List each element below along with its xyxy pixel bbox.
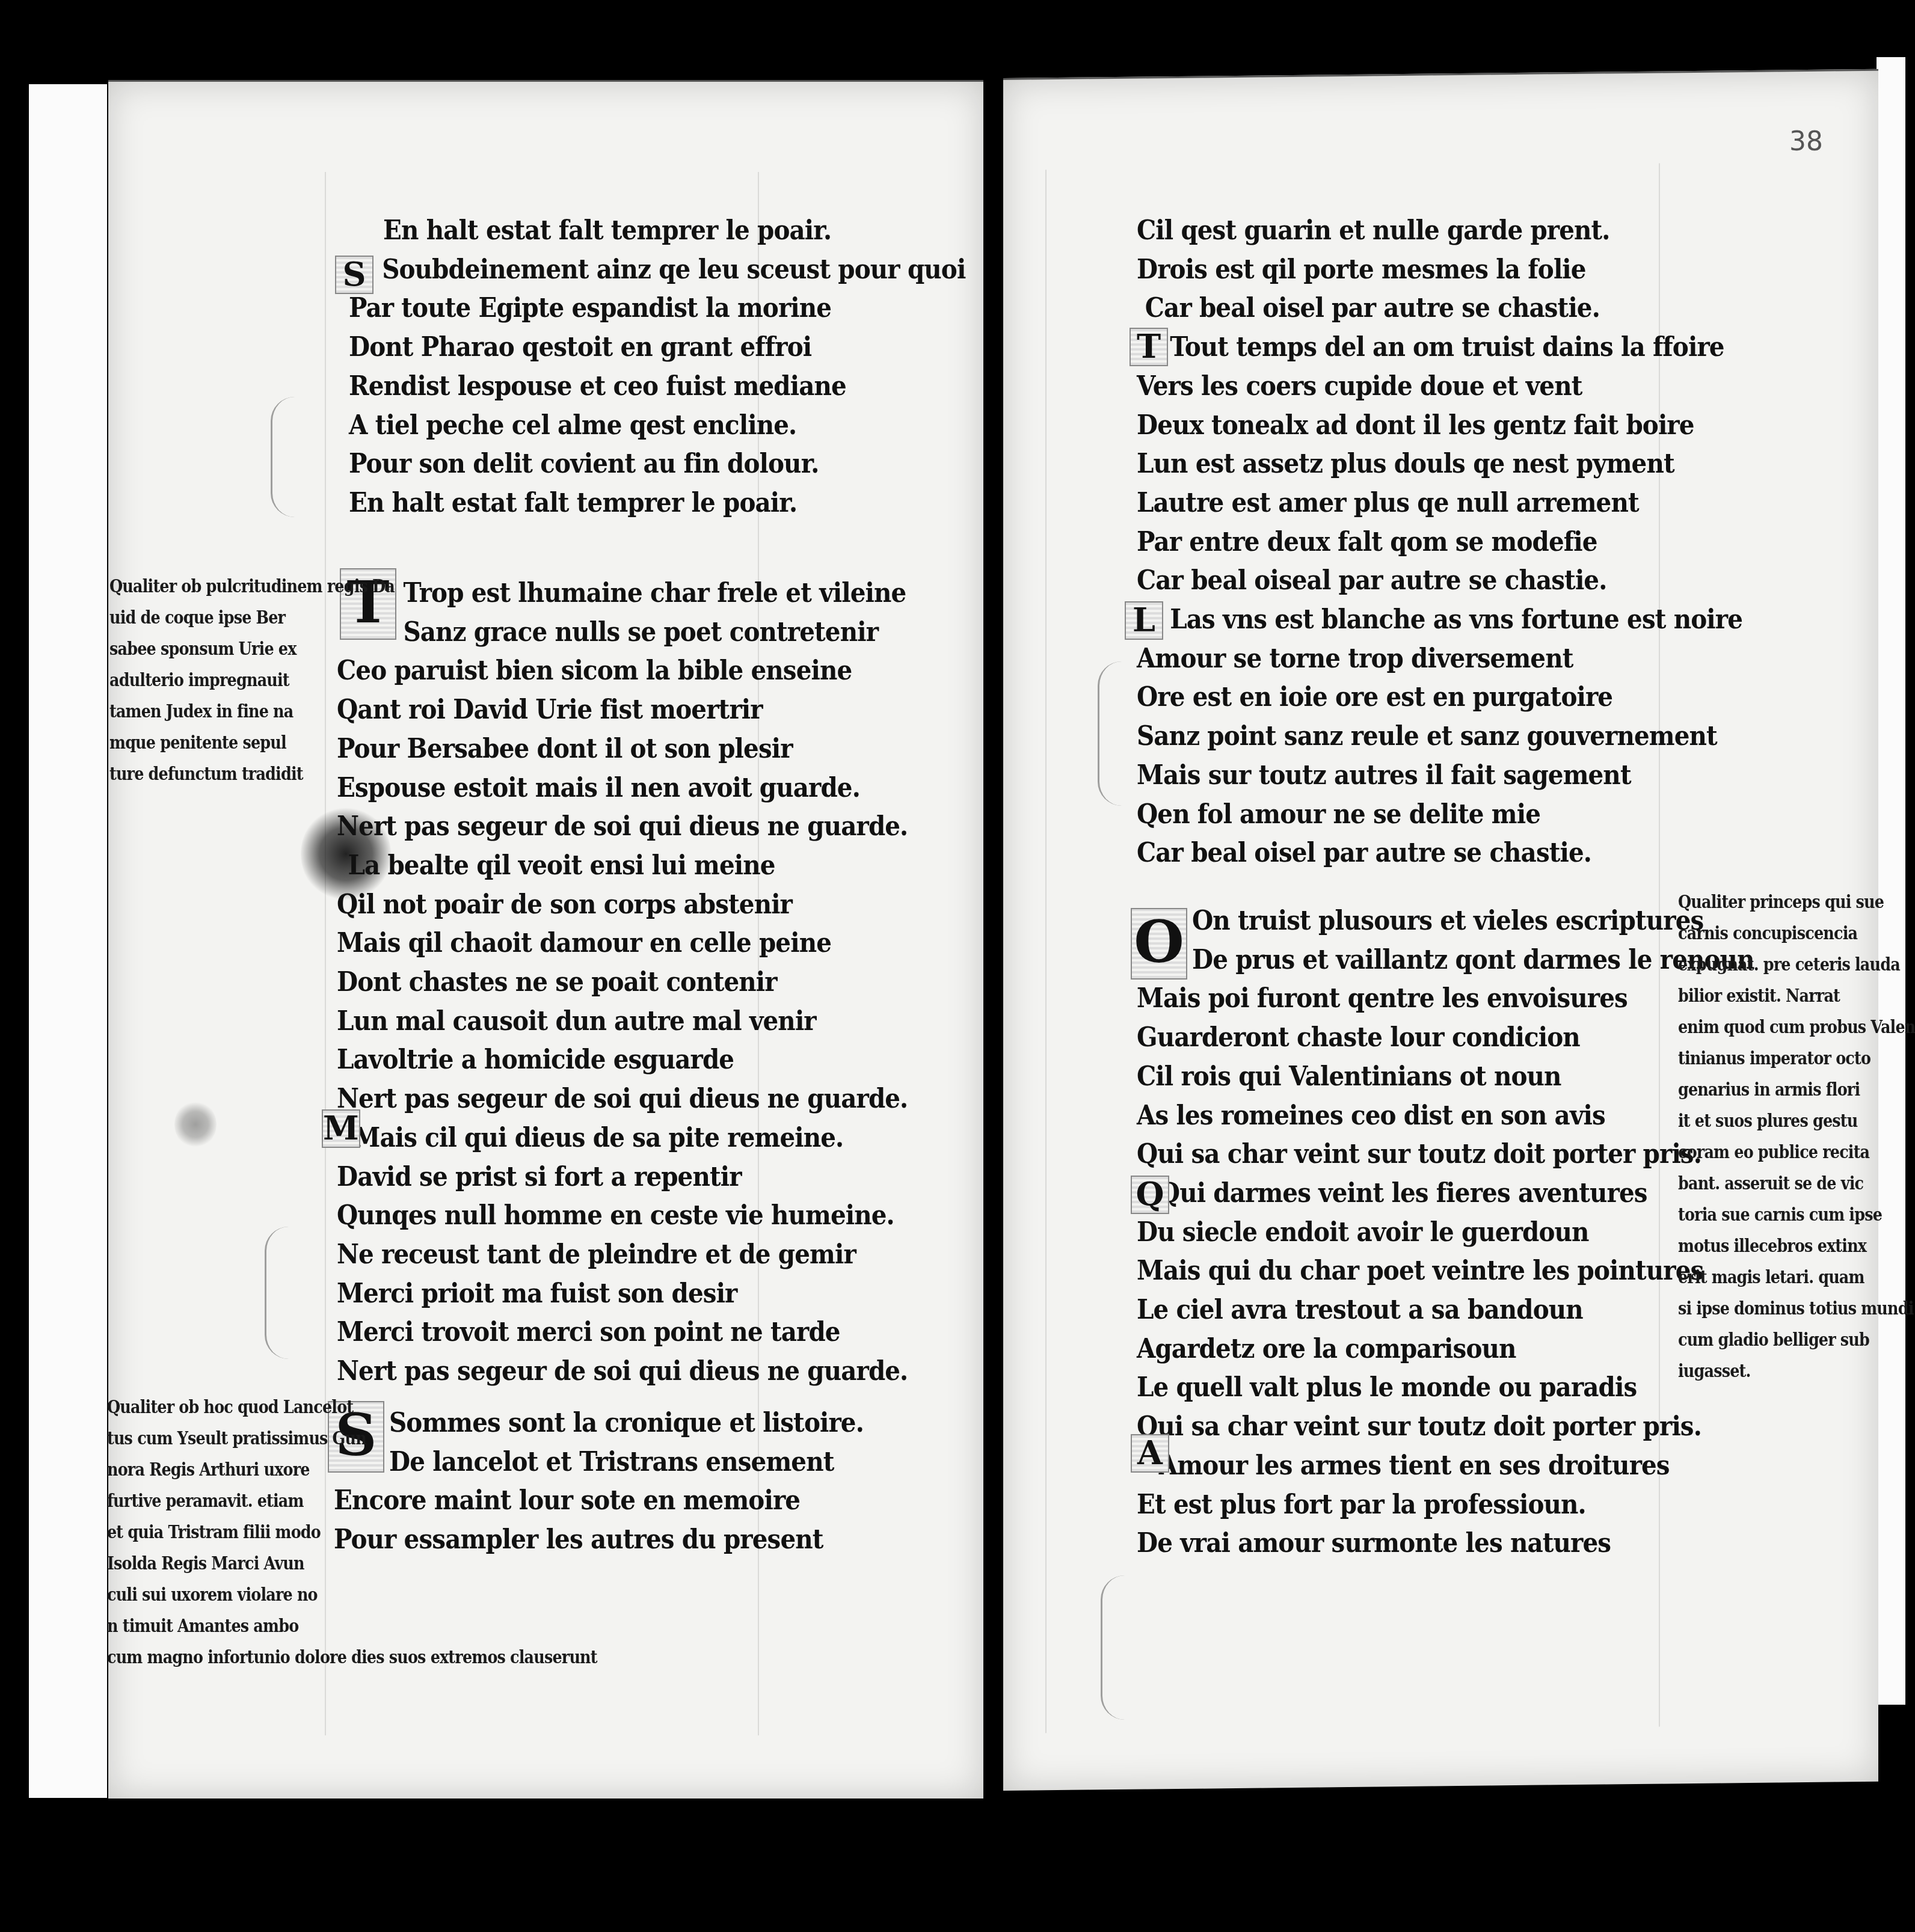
gloss-line: bilior existit. Narrat: [1678, 981, 1915, 1012]
gloss-line: it et suos plures gestu: [1678, 1106, 1915, 1137]
marginal-flourish: [1098, 661, 1136, 806]
verse-line: Mais qui du char poet veintre les pointu…: [1137, 1252, 1754, 1291]
decorated-initial: M: [322, 1109, 360, 1148]
ink-stain: [174, 1100, 217, 1148]
verse-line: Car beal oisel par autre se chastie.: [1137, 289, 1742, 328]
verse-line: Dont Pharao qestoit en grant effroi: [349, 328, 965, 367]
verse-line: Ore est en ioie ore est en purgatoire: [1137, 678, 1742, 717]
verse-line: Merci trovoit merci son point ne tarde: [337, 1313, 908, 1352]
verse-line: De vrai amour surmonte les natures: [1137, 1524, 1754, 1563]
gloss-line: bant. asseruit se de vic: [1678, 1168, 1915, 1200]
folio-number: 38: [1789, 126, 1823, 157]
gloss-line: adulterio impregnauit: [109, 665, 395, 696]
gloss-line: motus illecebros extinx: [1678, 1231, 1915, 1262]
gloss-line: nora Regis Arthuri uxore: [107, 1455, 597, 1486]
gloss-line: carnis concupiscencia: [1678, 918, 1915, 949]
verse-line: Las vns est blanche as vns fortune est n…: [1137, 601, 1742, 640]
verse-line: En halt estat falt temprer le poair.: [349, 484, 965, 523]
verse-line: Qil not poair de son corps abstenir: [337, 886, 908, 925]
verse-line: Guarderont chaste lour condicion: [1137, 1019, 1754, 1058]
verse-line: Trop est lhumaine char frele et vileine: [337, 574, 908, 613]
ruling-line: [1045, 170, 1047, 1733]
verse-line: Nert pas segeur de soi qui dieus ne guar…: [337, 1352, 908, 1391]
verse-line: Par entre deux falt qom se modefie: [1137, 523, 1742, 562]
decorated-initial: L: [1125, 601, 1163, 640]
verse-line: Le ciel avra trestout a sa bandoun: [1137, 1291, 1754, 1330]
verse-line: Qui sa char veint sur toutz doit porter …: [1137, 1408, 1754, 1447]
verse-line: Le quell valt plus le monde ou paradis: [1137, 1369, 1754, 1408]
verse-line: Et est plus fort par la professioun.: [1137, 1486, 1754, 1525]
left-stanza-2: Trop est lhumaine char frele et vileine …: [337, 574, 957, 1391]
verse-line: Qui darmes veint les fieres aventures: [1137, 1174, 1754, 1213]
marginal-flourish: [1101, 1575, 1139, 1720]
verse-line: De prus et vaillantz qont darmes le reno…: [1137, 941, 1754, 980]
verse-line: Car beal oisel par autre se chastie.: [1137, 834, 1742, 873]
verse-line: Ne receust tant de pleindre et de gemir: [337, 1236, 908, 1275]
gloss-line: coram eo publice recita: [1678, 1137, 1915, 1168]
verse-line: Mais poi furont qentre les envoisures: [1137, 980, 1754, 1019]
verse-line: David se prist si fort a repentir: [337, 1158, 908, 1197]
gloss-line: si ipse dominus totius mundi pre: [1678, 1293, 1915, 1325]
verse-line: Du siecle endoit avoir le guerdoun: [1137, 1213, 1754, 1253]
marginal-flourish: [265, 1227, 303, 1359]
verse-line: Vers les coers cupide doue et vent: [1137, 367, 1742, 406]
verse-line: Merci prioit ma fuist son desir: [337, 1275, 908, 1314]
verse-line: Ceo paruist bien sicom la bible enseine: [337, 652, 908, 691]
gloss-line: cum magno infortunio dolore dies suos ex…: [107, 1642, 597, 1673]
gloss-line: ture defunctum tradidit: [109, 759, 395, 790]
decorated-initial: S: [335, 256, 373, 294]
verse-line: Deux tonealx ad dont il les gentz fait b…: [1137, 406, 1742, 446]
gloss-line: iugasset.: [1678, 1356, 1915, 1387]
latin-gloss-valentinian: Qualiter princeps qui sue carnis concupi…: [1678, 887, 1915, 1387]
verse-line: Nert pas segeur de soi qui dieus ne guar…: [337, 808, 908, 847]
latin-gloss-david: Qualiter ob pulcritudinem regis Da uid d…: [109, 571, 395, 790]
gloss-line: n timuit Amantes ambo: [107, 1611, 597, 1642]
verse-line: Qant roi David Urie fist moertrir: [337, 691, 908, 730]
gloss-line: tamen Judex in fine na: [109, 696, 395, 728]
verse-line: Pour Bersabee dont il ot son plesir: [337, 730, 908, 769]
verse-line: Agardetz ore la comparisoun: [1137, 1330, 1754, 1369]
verse-line: Qunqes null homme en ceste vie humeine.: [337, 1197, 908, 1236]
gloss-line: enim quod cum probus Valen: [1678, 1012, 1915, 1043]
verse-line: Mais qil chaoit damour en celle peine: [337, 924, 908, 963]
gloss-line: tus cum Yseult pratissimus Gun: [107, 1423, 597, 1455]
verse-line: Sanz point sanz reule et sanz gouverneme…: [1137, 717, 1742, 756]
gloss-line: culi sui uxorem violare no: [107, 1580, 597, 1611]
decorated-initial: T: [1130, 328, 1168, 366]
verse-line: Lun est assetz plus douls qe nest pyment: [1137, 445, 1742, 484]
gloss-line: tinianus imperator octo: [1678, 1043, 1915, 1075]
verse-line: Lavoltrie a homicide esguarde: [337, 1041, 908, 1080]
verse-line: Qen fol amour ne se delite mie: [1137, 796, 1742, 835]
gloss-line: Isolda Regis Marci Avun: [107, 1548, 597, 1580]
verse-line: Soubdeinement ainz qe leu sceust pour qu…: [349, 251, 965, 290]
gloss-line: genarius in armis flori: [1678, 1075, 1915, 1106]
gloss-line: Qualiter princeps qui sue: [1678, 887, 1915, 918]
right-stanza-1: Cil qest guarin et nulle garde prent. Dr…: [1137, 212, 1795, 873]
gloss-line: mque penitente sepul: [109, 728, 395, 759]
gloss-line: Qualiter ob hoc quod Lancelot: [107, 1392, 597, 1423]
verse-line: La bealte qil veoit ensi lui meine: [337, 847, 908, 886]
verse-line: Amour se torne trop diversement: [1137, 640, 1742, 679]
verse-line: Qui sa char veint sur toutz doit porter …: [1137, 1135, 1754, 1174]
verse-line: Drois est qil porte mesmes la folie: [1137, 251, 1742, 290]
verse-line: Tout temps del an om truist dains la ffo…: [1137, 328, 1742, 367]
gloss-line: sabee sponsum Urie ex: [109, 634, 395, 665]
verse-line: En halt estat falt temprer le poair.: [349, 212, 965, 251]
verse-line: Nert pas segeur de soi qui dieus ne guar…: [337, 1080, 908, 1119]
verse-line: Mais sur toutz autres il fait sagement: [1137, 756, 1742, 796]
right-flyleaf-edge: [1877, 57, 1905, 1705]
verse-line: A tiel peche cel alme qest encline.: [349, 406, 965, 446]
verse-line: Lun mal causoit dun autre mal venir: [337, 1002, 908, 1041]
verse-line: On truist plusours et vieles escriptures: [1137, 902, 1754, 941]
decorated-initial: Q: [1131, 1176, 1169, 1214]
gloss-line: erit magis letari. quam: [1678, 1262, 1915, 1293]
verse-line: Sanz grace nulls se poet contretenir: [337, 613, 908, 652]
gloss-line: uid de coque ipse Ber: [109, 603, 395, 634]
verse-line: Amour les armes tient en ses droitures: [1137, 1447, 1754, 1486]
verse-line: Mais cil qui dieus de sa pite remeine.: [337, 1119, 908, 1158]
verse-line: Espouse estoit mais il nen avoit guarde.: [337, 769, 908, 808]
gloss-line: et quia Tristram filii modo: [107, 1517, 597, 1548]
latin-gloss-lancelot: Qualiter ob hoc quod Lancelot tus cum Ys…: [107, 1392, 597, 1673]
verse-line: Par toute Egipte espandist la morine: [349, 289, 965, 328]
verse-line: Pour son delit covient au fin dolour.: [349, 445, 965, 484]
marginal-flourish: [271, 397, 309, 517]
verse-line: Rendist lespouse et ceo fuist mediane: [349, 367, 965, 406]
verse-line: Car beal oiseal par autre se chastie.: [1137, 562, 1742, 601]
gloss-line: Qualiter ob pulcritudinem regis Da: [109, 571, 395, 603]
decorated-initial: A: [1131, 1434, 1169, 1473]
verse-line: Lautre est amer plus qe null arrement: [1137, 484, 1742, 523]
left-stanza-1: En halt estat falt temprer le poair. Sou…: [349, 212, 1019, 523]
gloss-line: expugnat. pre ceteris lauda: [1678, 949, 1915, 981]
verse-line: Cil qest guarin et nulle garde prent.: [1137, 212, 1742, 251]
gloss-line: furtive peramavit. etiam: [107, 1486, 597, 1517]
gloss-line: toria sue carnis cum ipse: [1678, 1200, 1915, 1231]
left-flyleaf-edge: [29, 84, 107, 1798]
verse-line: Dont chastes ne se poait contenir: [337, 963, 908, 1002]
verse-line: Cil rois qui Valentinians ot noun: [1137, 1058, 1754, 1097]
verse-line: As les romeines ceo dist en son avis: [1137, 1097, 1754, 1136]
gloss-line: cum gladio belliger sub: [1678, 1325, 1915, 1356]
